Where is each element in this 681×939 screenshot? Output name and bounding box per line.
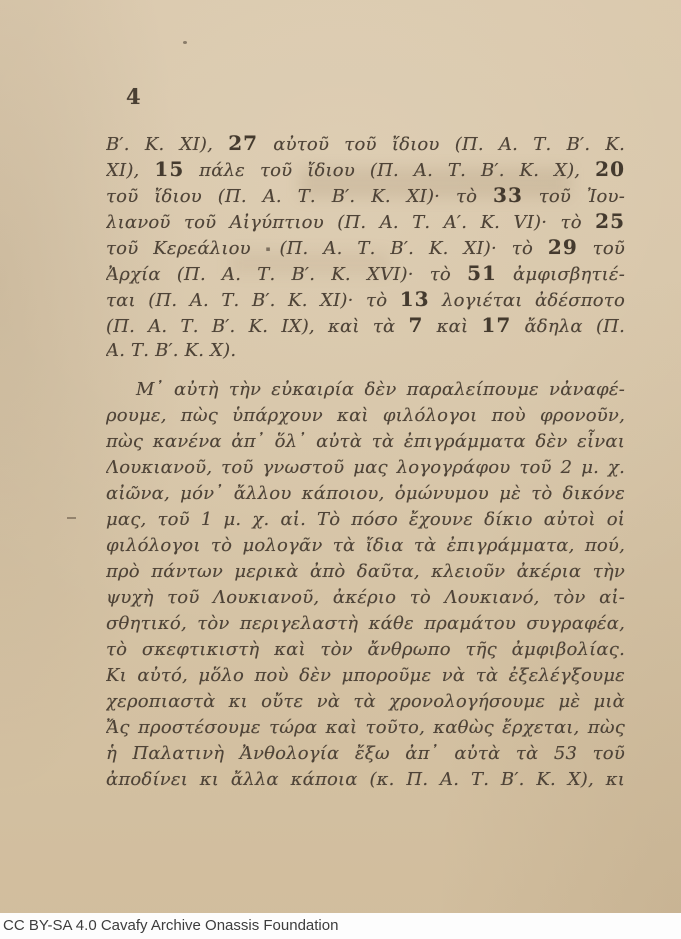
paragraph: Μ᾽ αὐτὴ τὴν εὐκαιρία δὲν παραλείπουμε νἀ… xyxy=(106,377,625,793)
text-line: πρὸ πάντων μερικὰ ἀπὸ δαῦτα, κλειοῦν ἀκέ… xyxy=(106,559,625,585)
text-segment: μας, τοῦ 1 μ. χ. αἰ. Τὸ πόσο ἔχουνε δίκι… xyxy=(106,509,625,530)
text-line: (Π. Α. Τ. Β′. Κ. IX), καὶ τὰ 7 καὶ 17 ἄδ… xyxy=(106,312,625,338)
text-segment: τοῦ ἴδιου (Π. Α. Τ. Β′. Κ. XI)· τὸ xyxy=(106,186,493,207)
scanned-book-page: 4 Β′. Κ. XI), 27 αὐτοῦ τοῦ ἴδιου (Π. Α. … xyxy=(0,0,681,939)
text-line: ἀποδίνει κι ἄλλα κάποια (κ. Π. Α. Τ. Β′.… xyxy=(106,767,625,793)
text-line: χεροπιαστὰ κι οὔτε νὰ τὰ χρονολογήσουμε … xyxy=(106,689,625,715)
epigram-number: 17 xyxy=(481,313,511,337)
epigram-number: 51 xyxy=(467,261,497,285)
epigram-number: 25 xyxy=(595,209,625,233)
text-segment: (Π. Α. Τ. Β′. Κ. XI)· τὸ xyxy=(279,238,547,259)
text-line: λιανοῦ τοῦ Αἰγύπτιου (Π. Α. Τ. Α′. Κ. VI… xyxy=(106,208,625,234)
text-line: τοῦ Κερεάλιου ▪(Π. Α. Τ. Β′. Κ. XI)· τὸ … xyxy=(106,234,625,260)
text-segment: Μ᾽ αὐτὴ τὴν εὐκαιρία δὲν παραλείπουμε νἀ… xyxy=(136,379,625,400)
text-line: Μ᾽ αὐτὴ τὴν εὐκαιρία δὲν παραλείπουμε νἀ… xyxy=(106,377,625,403)
text-segment: χεροπιαστὰ κι οὔτε νὰ τὰ χρονολογήσουμε … xyxy=(106,691,625,715)
text-segment: XI), xyxy=(106,160,154,181)
ink-speck xyxy=(183,41,187,44)
text-segment: σθητικό, τὸν περιγελαστὴ κάθε πραμάτου σ… xyxy=(106,613,625,634)
epigram-number: 15 xyxy=(154,157,184,181)
text-line: Κι αὐτό, μὅλο ποὺ δὲν μποροῦμε νὰ τὰ ἐξε… xyxy=(106,663,625,689)
text-segment: ται (Π. Α. Τ. Β′. Κ. XI)· τὸ xyxy=(106,290,400,311)
text-line: ται (Π. Α. Τ. Β′. Κ. XI)· τὸ 13 λογιέται… xyxy=(106,286,625,312)
text-segment: λογιέται ἀδέσποτο xyxy=(430,290,625,311)
paragraph: Β′. Κ. XI), 27 αὐτοῦ τοῦ ἴδιου (Π. Α. Τ.… xyxy=(106,130,625,364)
text-line: Ἀρχία (Π. Α. Τ. Β′. Κ. XVI)· τὸ 51 ἀμφισ… xyxy=(106,260,625,286)
text-segment: καὶ xyxy=(423,316,481,337)
text-line: πὼς κανένα ἀπ᾽ ὅλ᾽ αὐτὰ τὰ ἐπιγράμματα δ… xyxy=(106,429,625,455)
text-segment: Ἄς προστέσουμε τώρα καὶ τοῦτο, καθὼς ἔρχ… xyxy=(106,717,625,738)
text-line: ἡ Παλατινὴ Ἀνθολογία ἔξω ἀπ᾽ αὐτὰ τὰ 53 … xyxy=(106,741,625,767)
text-line: τὸ σκεφτικιστὴ καὶ τὸν ἄνθρωπο τῆς ἀμφιβ… xyxy=(106,637,625,663)
license-bar: CC BY-SA 4.0 Cavafy Archive Onassis Foun… xyxy=(0,913,681,939)
page-number: 4 xyxy=(126,84,141,109)
text-line: Α. Τ. Β′. Κ. X). xyxy=(106,338,625,364)
epigram-number: 33 xyxy=(493,183,523,207)
body-text: Β′. Κ. XI), 27 αὐτοῦ τοῦ ἴδιου (Π. Α. Τ.… xyxy=(106,130,625,793)
epigram-number: 13 xyxy=(400,287,430,311)
epigram-number: 20 xyxy=(595,157,625,181)
epigram-number: 7 xyxy=(409,313,424,337)
text-segment: ἀποδίνει κι ἄλλα κάποια (κ. Π. Α. Τ. Β′.… xyxy=(106,769,625,790)
text-line: μας, τοῦ 1 μ. χ. αἰ. Τὸ πόσο ἔχουνε δίκι… xyxy=(106,507,625,533)
text-segment: (Π. Α. Τ. Β′. Κ. IX), καὶ τὰ xyxy=(106,316,409,337)
text-line: φιλόλογοι τὸ μολογᾶν τὰ ἴδια τὰ ἐπιγράμμ… xyxy=(106,533,625,559)
text-line: Λουκιανοῦ, τοῦ γνωστοῦ μας λογογράφου το… xyxy=(106,455,625,481)
license-text: CC BY-SA 4.0 Cavafy Archive Onassis Foun… xyxy=(3,917,338,934)
text-segment: Κι αὐτό, μὅλο ποὺ δὲν μποροῦμε νὰ τὰ ἐξε… xyxy=(106,665,625,686)
text-line: σθητικό, τὸν περιγελαστὴ κάθε πραμάτου σ… xyxy=(106,611,625,637)
epigram-number: 27 xyxy=(228,131,258,155)
text-line: τοῦ ἴδιου (Π. Α. Τ. Β′. Κ. XI)· τὸ 33 το… xyxy=(106,182,625,208)
text-segment: πρὸ πάντων μερικὰ ἀπὸ δαῦτα, κλειοῦν ἀκέ… xyxy=(106,561,625,582)
text-segment: Λουκιανοῦ, τοῦ γνωστοῦ μας λογογράφου το… xyxy=(106,457,625,478)
text-line: ρουμε, πὼς ὑπάρχουν καὶ φιλόλογοι ποὺ φρ… xyxy=(106,403,625,429)
text-segment: τοῦ Ἰου- xyxy=(523,186,625,207)
text-segment: ἡ Παλατινὴ Ἀνθολογία ἔξω ἀπ᾽ αὐτὰ τὰ 53 … xyxy=(106,743,625,764)
text-segment: πάλε τοῦ ἴδιου (Π. Α. Τ. Β′. Κ. X), xyxy=(184,160,595,181)
text-segment: αὐτοῦ τοῦ ἴδιου (Π. Α. Τ. Β′. Κ. xyxy=(258,134,625,155)
text-segment: ἄδηλα (Π. xyxy=(511,316,625,337)
text-segment: Α. Τ. Β′. Κ. X). xyxy=(106,340,236,361)
text-line: Ἄς προστέσουμε τώρα καὶ τοῦτο, καθὼς ἔρχ… xyxy=(106,715,625,741)
text-segment: τοῦ Κερεάλιου xyxy=(106,238,266,259)
text-segment: Β′. Κ. XI), xyxy=(106,134,228,155)
text-line: ψυχὴ τοῦ Λουκιανοῦ, ἀκέριο τὸ Λουκιανό, … xyxy=(106,585,625,611)
text-segment: φιλόλογοι τὸ μολογᾶν τὰ ἴδια τὰ ἐπιγράμμ… xyxy=(106,535,625,556)
ink-mark: ▪ xyxy=(266,245,280,253)
epigram-number: 29 xyxy=(548,235,578,259)
text-segment: αἰῶνα, μόν᾽ ἄλλου κάποιου, ὁμώνυμου μὲ τ… xyxy=(106,483,625,504)
text-segment: ρουμε, πὼς ὑπάρχουν καὶ φιλόλογοι ποὺ φρ… xyxy=(106,405,625,426)
text-line: XI), 15 πάλε τοῦ ἴδιου (Π. Α. Τ. Β′. Κ. … xyxy=(106,156,625,182)
text-line: αἰῶνα, μόν᾽ ἄλλου κάποιου, ὁμώνυμου μὲ τ… xyxy=(106,481,625,507)
text-segment: τὸ σκεφτικιστὴ καὶ τὸν ἄνθρωπο τῆς ἀμφιβ… xyxy=(106,639,625,660)
text-line: Β′. Κ. XI), 27 αὐτοῦ τοῦ ἴδιου (Π. Α. Τ.… xyxy=(106,130,625,156)
ink-speck xyxy=(67,517,76,519)
text-segment: λιανοῦ τοῦ Αἰγύπτιου (Π. Α. Τ. Α′. Κ. VI… xyxy=(106,212,595,233)
text-segment: τοῦ xyxy=(578,238,625,259)
text-segment: ψυχὴ τοῦ Λουκιανοῦ, ἀκέριο τὸ Λουκιανό, … xyxy=(106,587,625,608)
text-segment: ἀμφισβητιέ- xyxy=(497,264,625,285)
text-segment: Ἀρχία (Π. Α. Τ. Β′. Κ. XVI)· τὸ xyxy=(106,264,467,285)
text-segment: πὼς κανένα ἀπ᾽ ὅλ᾽ αὐτὰ τὰ ἐπιγράμματα δ… xyxy=(106,431,625,455)
